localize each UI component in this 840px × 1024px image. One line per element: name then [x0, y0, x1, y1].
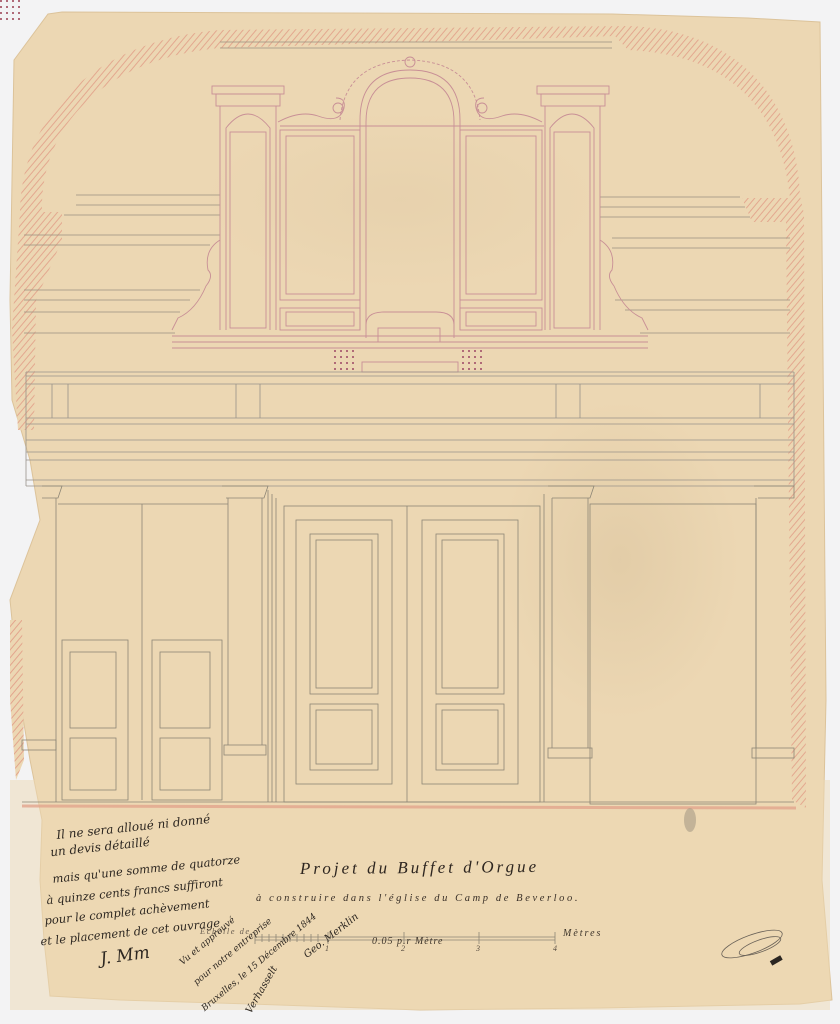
scale-tick-3: 3: [476, 944, 480, 953]
scale-ratio: 0.05 p.r Mètre: [372, 936, 443, 947]
drawing-title: Projet du Buffet d'Orgue: [300, 857, 539, 879]
drawing-subtitle: à construire dans l'église du Camp de Be…: [256, 893, 580, 904]
scale-unit: Mètres: [563, 928, 602, 939]
drawing-sheet: Projet du Buffet d'Orgue à construire da…: [0, 0, 840, 1024]
scale-tick-4: 4: [553, 944, 557, 953]
